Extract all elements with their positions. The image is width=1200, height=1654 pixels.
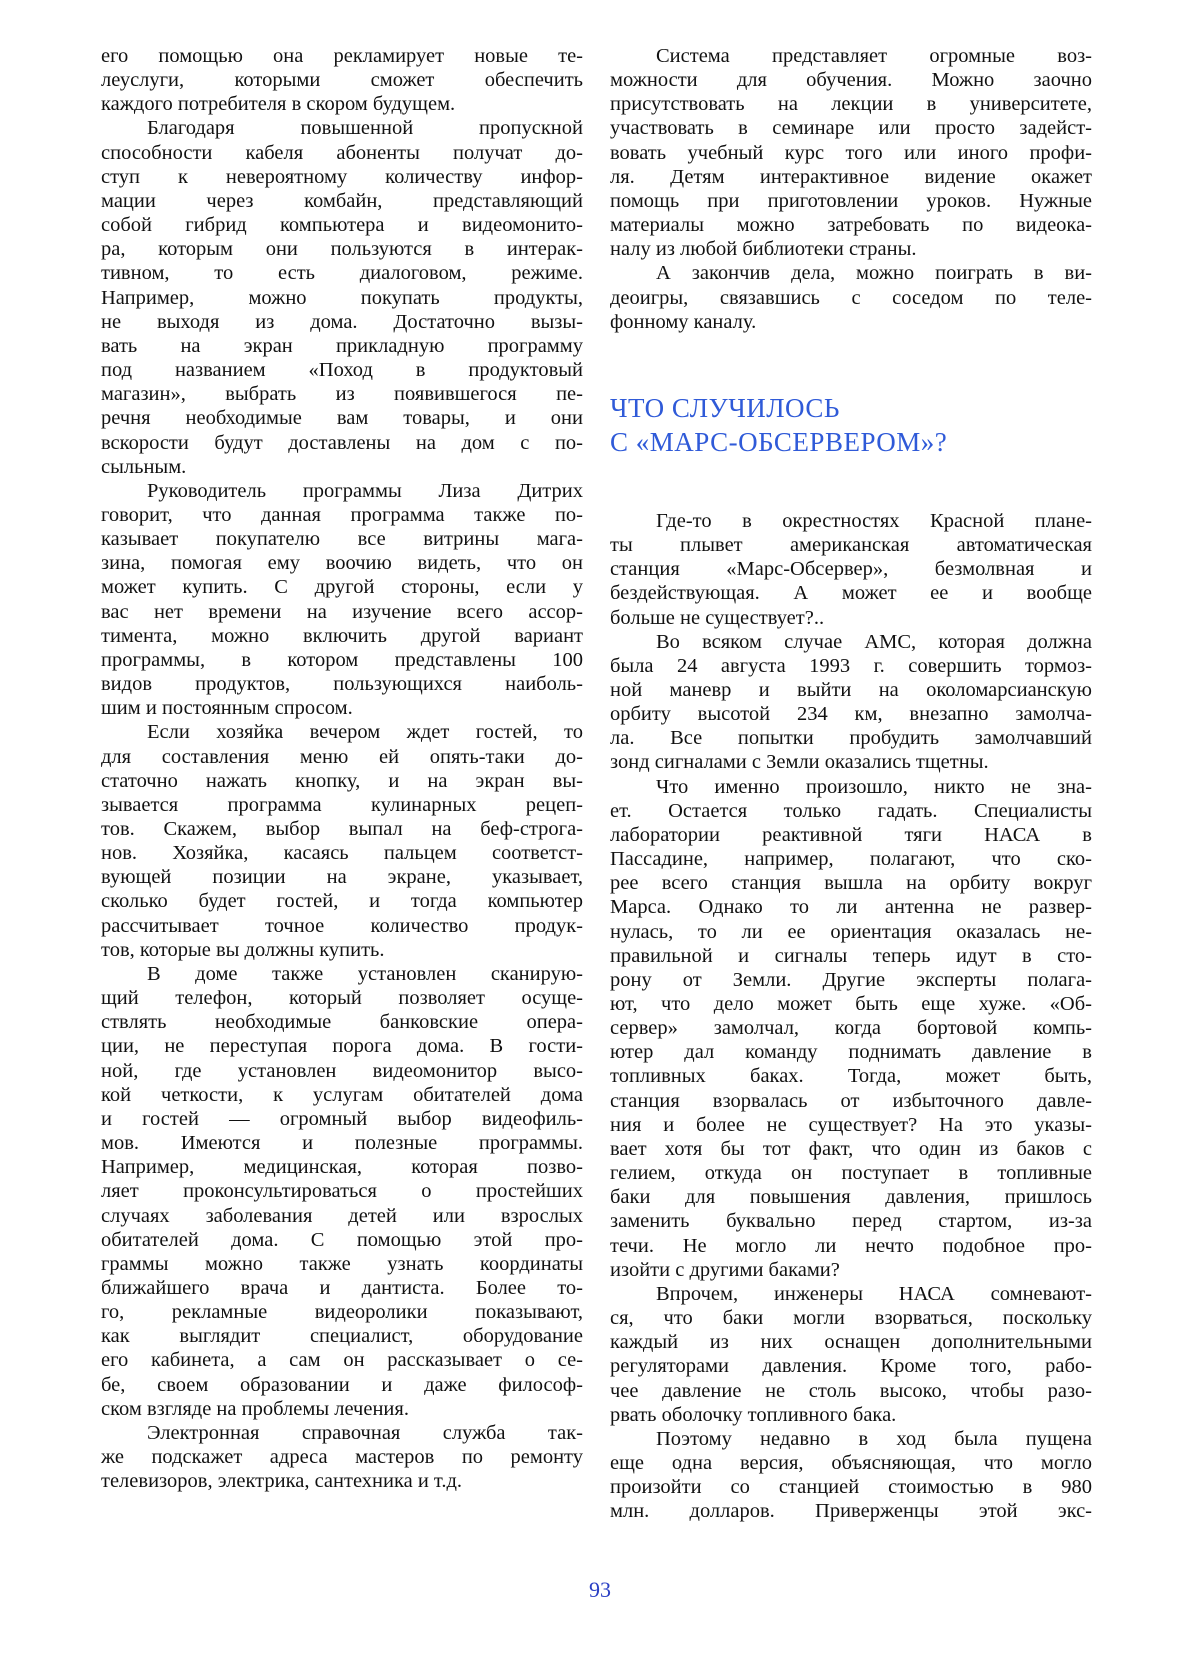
page-number: 93 — [0, 1577, 1200, 1603]
text-line: регуляторами давления. Кроме того, рабо- — [610, 1354, 1092, 1378]
paragraph: А закончив дела, можно поиграть в ви-део… — [610, 261, 1092, 333]
text-line: ступ к невероятному количеству инфор- — [101, 165, 583, 189]
article-heading-line-2: С «МАРС-ОБСЕРВЕРОМ»? — [610, 425, 1092, 459]
text-line: ближайшего врача и дантиста. Более то- — [101, 1276, 583, 1300]
text-line: Что именно произошло, никто не зна- — [610, 775, 1092, 799]
text-line: сколько будет гостей, и тогда компьютер — [101, 889, 583, 913]
paragraph: В доме также установлен сканирую-щий тел… — [101, 962, 583, 1421]
article-heading-line-1: ЧТО СЛУЧИЛОСЬ — [610, 391, 1092, 425]
text-line: Руководитель программы Лиза Дитрих — [101, 479, 583, 503]
text-line: больше не существует?.. — [610, 606, 1092, 630]
text-line: Благодаря повышенной пропускной — [101, 116, 583, 140]
paragraph: Впрочем, инженеры НАСА сомневают-ся, что… — [610, 1282, 1092, 1427]
text-line: нов. Хозяйка, касаясь пальцем соответст- — [101, 841, 583, 865]
text-line: говорит, что данная программа также по- — [101, 503, 583, 527]
text-line: рону от Земли. Другие эксперты полага- — [610, 968, 1092, 992]
article-body: Где-то в окрестностях Красной плане-ты п… — [610, 509, 1092, 1524]
text-line: Марса. Однако то ли антенна не развер- — [610, 895, 1092, 919]
text-line: станция «Марс-Обсервер», безмолвная и — [610, 557, 1092, 581]
text-line: мации через комбайн, представляющий — [101, 189, 583, 213]
text-line: его помощью она рекламирует новые те- — [101, 44, 583, 68]
text-line: вать на экран прикладную программу — [101, 334, 583, 358]
text-line: ствлять необходимые банковские опера- — [101, 1010, 583, 1034]
text-line: тивном, то есть диалоговом, режиме. — [101, 261, 583, 285]
text-line: зывается программа кулинарных рецеп- — [101, 793, 583, 817]
right-column-intro: Система представляет огромные воз-можнос… — [610, 44, 1092, 334]
text-line: Где-то в окрестностях Красной плане- — [610, 509, 1092, 533]
text-line: его кабинета, а сам он рассказывает о се… — [101, 1348, 583, 1372]
text-line: изойти с другими баками? — [610, 1258, 1092, 1282]
paragraph: Электронная справочная служба так-же под… — [101, 1421, 583, 1493]
text-line: лаборатории реактивной тяги НАСА в — [610, 823, 1092, 847]
text-line: ютер дал команду поднимать давление в — [610, 1040, 1092, 1064]
text-line: млн. долларов. Приверженцы этой экс- — [610, 1499, 1092, 1523]
text-line: ния и более не существует? На это указы- — [610, 1113, 1092, 1137]
text-line: зонд сигналами с Земли оказались тщетны. — [610, 750, 1092, 774]
paragraph: его помощью она рекламирует новые те-леу… — [101, 44, 583, 116]
left-column: его помощью она рекламирует новые те-леу… — [101, 44, 583, 1493]
text-line: вующей позиции на экране, указывает, — [101, 865, 583, 889]
text-line: фонному каналу. — [610, 310, 1092, 334]
text-line: мов. Имеются и полезные программы. — [101, 1131, 583, 1155]
text-line: бе, своем образовании и даже философ- — [101, 1373, 583, 1397]
text-line: правильной и сигналы теперь идут в сто- — [610, 944, 1092, 968]
text-line: тов. Скажем, выбор выпал на беф-строга- — [101, 817, 583, 841]
text-line: ся, что баки могли взорваться, поскольку — [610, 1306, 1092, 1330]
text-line: деоигры, связавшись с соседом по теле- — [610, 286, 1092, 310]
text-line: Впрочем, инженеры НАСА сомневают- — [610, 1282, 1092, 1306]
text-line: обитателей дома. С помощью этой про- — [101, 1228, 583, 1252]
text-line: для составления меню ей опять-таки до- — [101, 745, 583, 769]
text-line: ском взгляде на проблемы лечения. — [101, 1397, 583, 1421]
paragraph: Благодаря повышенной пропускнойспособнос… — [101, 116, 583, 478]
paragraph: Где-то в окрестностях Красной плане-ты п… — [610, 509, 1092, 630]
text-line: ции, не переступая порога дома. В гости- — [101, 1034, 583, 1058]
text-line: вовать учебный курс того или иного профи… — [610, 141, 1092, 165]
text-line: статочно нажать кнопку, и на экран вы- — [101, 769, 583, 793]
text-line: гелием, откуда он поступает в топливные — [610, 1161, 1092, 1185]
text-line: Электронная справочная служба так- — [101, 1421, 583, 1445]
text-line: леуслуги, которыми сможет обеспечить — [101, 68, 583, 92]
text-line: орбиту высотой 234 км, внезапно замолча- — [610, 702, 1092, 726]
text-line: сыльным. — [101, 455, 583, 479]
text-line: ляет проконсультироваться о простейших — [101, 1179, 583, 1203]
text-line: же подскажет адреса мастеров по ремонту — [101, 1445, 583, 1469]
text-line: чее давление не столь высоко, чтобы разо… — [610, 1379, 1092, 1403]
text-line: речня необходимые вам товары, и они — [101, 406, 583, 430]
text-line: ет. Остается только гадать. Специалисты — [610, 799, 1092, 823]
text-line: Поэтому недавно в ход была пущена — [610, 1427, 1092, 1451]
text-line: вас нет времени на изучение всего ассор- — [101, 600, 583, 624]
text-line: может купить. С другой стороны, если у — [101, 575, 583, 599]
text-line: каждого потребителя в скором будущем. — [101, 92, 583, 116]
text-line: не выходя из дома. Достаточно вызы- — [101, 310, 583, 334]
text-line: го, рекламные видеоролики показывают, — [101, 1300, 583, 1324]
text-line: можности для обучения. Можно заочно — [610, 68, 1092, 92]
text-line: Если хозяйка вечером ждет гостей, то — [101, 720, 583, 744]
text-line: способности кабеля абоненты получат до- — [101, 141, 583, 165]
text-line: щий телефон, который позволяет осуще- — [101, 986, 583, 1010]
text-line: участвовать в семинаре или просто задейс… — [610, 116, 1092, 140]
text-line: рассчитывает точное количество продук- — [101, 914, 583, 938]
text-line: и гостей — огромный выбор видеофиль- — [101, 1107, 583, 1131]
text-line: налу из любой библиотеки страны. — [610, 237, 1092, 261]
text-line: как выглядит специалист, оборудование — [101, 1324, 583, 1348]
text-line: магазин», выбрать из появившегося пе- — [101, 382, 583, 406]
text-line: нулась, то ли ее ориентация оказалась не… — [610, 920, 1092, 944]
text-line: ла. Все попытки пробудить замолчавший — [610, 726, 1092, 750]
text-line: тимента, можно включить другой вариант — [101, 624, 583, 648]
text-line: ра, которым они пользуются в интерак- — [101, 237, 583, 261]
text-line: баки для повышения давления, пришлось — [610, 1185, 1092, 1209]
text-line: тов, которые вы должны купить. — [101, 938, 583, 962]
text-line: ной, где установлен видеомонитор высо- — [101, 1059, 583, 1083]
text-line: вскорости будут доставлены на дом с по- — [101, 431, 583, 455]
article-heading: ЧТО СЛУЧИЛОСЬ С «МАРС-ОБСЕРВЕРОМ»? — [610, 391, 1092, 459]
text-line: была 24 августа 1993 г. совершить тормоз… — [610, 654, 1092, 678]
text-line: ют, что дело может быть еще хуже. «Об- — [610, 992, 1092, 1016]
paragraph: Система представляет огромные воз-можнос… — [610, 44, 1092, 261]
text-line: ты плывет американская автоматическая — [610, 533, 1092, 557]
text-line: сервер» замолчал, когда бортовой компь- — [610, 1016, 1092, 1040]
text-line: видов продуктов, пользующихся наиболь- — [101, 672, 583, 696]
text-line: материалы можно затребовать по видеока- — [610, 213, 1092, 237]
text-line: Например, медицинская, которая позво- — [101, 1155, 583, 1179]
text-line: произойти со станцией стоимостью в 980 — [610, 1475, 1092, 1499]
text-line: присутствовать на лекции в университете, — [610, 92, 1092, 116]
text-line: случаях заболевания детей или взрослых — [101, 1204, 583, 1228]
text-line: топливных баках. Тогда, может быть, — [610, 1064, 1092, 1088]
text-line: станция взорвалась от избыточного давле- — [610, 1089, 1092, 1113]
text-line: еще одна версия, объясняющая, что могло — [610, 1451, 1092, 1475]
text-line: В доме также установлен сканирую- — [101, 962, 583, 986]
text-line: собой гибрид компьютера и видеомонито- — [101, 213, 583, 237]
right-column: Система представляет огромные воз-можнос… — [610, 44, 1092, 1523]
text-line: под названием «Поход в продуктовый — [101, 358, 583, 382]
text-line: шим и постоянным спросом. — [101, 696, 583, 720]
text-line: казывает покупателю все витрины мага- — [101, 527, 583, 551]
text-line: ля. Детям интерактивное видение окажет — [610, 165, 1092, 189]
paragraph: Руководитель программы Лиза Дитрихговори… — [101, 479, 583, 721]
text-line: рее всего станция вышла на орбиту вокруг — [610, 871, 1092, 895]
text-line: вает хотя бы тот факт, что один из баков… — [610, 1137, 1092, 1161]
text-line: Во всяком случае АМС, которая должна — [610, 630, 1092, 654]
paragraph: Во всяком случае АМС, которая должнабыла… — [610, 630, 1092, 775]
text-line: Система представляет огромные воз- — [610, 44, 1092, 68]
paragraph: Если хозяйка вечером ждет гостей, тодля … — [101, 720, 583, 962]
text-line: зина, помогая ему воочию видеть, что он — [101, 551, 583, 575]
text-line: помощь при приготовлении уроков. Нужные — [610, 189, 1092, 213]
paragraph: Что именно произошло, никто не зна-ет. О… — [610, 775, 1092, 1282]
text-line: граммы можно также узнать координаты — [101, 1252, 583, 1276]
text-line: кой четкости, к услугам обитателей дома — [101, 1083, 583, 1107]
text-line: каждый из них оснащен дополнительными — [610, 1330, 1092, 1354]
text-line: ной маневр и выйти на околомарсианскую — [610, 678, 1092, 702]
text-line: телевизоров, электрика, сантехника и т.д… — [101, 1469, 583, 1493]
text-line: А закончив дела, можно поиграть в ви- — [610, 261, 1092, 285]
text-line: программы, в котором представлены 100 — [101, 648, 583, 672]
text-line: рвать оболочку топливного бака. — [610, 1403, 1092, 1427]
text-line: бездействующая. А может ее и вообще — [610, 581, 1092, 605]
text-line: Пассадине, например, полагают, что ско- — [610, 847, 1092, 871]
text-line: течи. Не могло ли нечто подобное про- — [610, 1234, 1092, 1258]
text-line: заменить буквально перед стартом, из-за — [610, 1209, 1092, 1233]
paragraph: Поэтому недавно в ход была пущенаеще одн… — [610, 1427, 1092, 1524]
text-line: Например, можно покупать продукты, — [101, 286, 583, 310]
